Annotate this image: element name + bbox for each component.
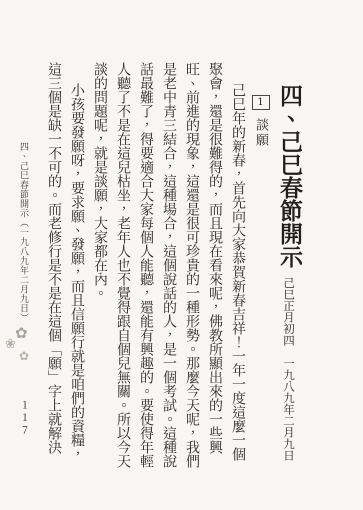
section-heading-text: 談願 — [253, 118, 268, 148]
flower-ornament-icon: ✿ ❀ ✿ — [4, 324, 42, 372]
chapter-title: 四、己巳春節開示 — [276, 84, 303, 268]
running-header: 四、己巳春節開示（一九八九年二月九日） — [17, 142, 30, 327]
body-paragraph-1: 己巳年的新春，首先向大家恭賀新春吉祥！一年一度這麼一個聚會，還是很難得的，而且現… — [88, 62, 249, 470]
page-number: １１７ — [16, 400, 30, 438]
page-content: 四、己巳春節開示己巳正月初四 一九八九年二月九日 1談願 己巳年的新春，首先向大… — [42, 62, 306, 470]
book-page: 四、己巳春節開示己巳正月初四 一九八九年二月九日 1談願 己巳年的新春，首先向大… — [0, 0, 363, 510]
flower-icon: ✿ — [19, 349, 29, 363]
flower-icon: ✿ — [15, 324, 28, 342]
flower-icon: ❀ — [5, 337, 16, 352]
chapter-title-column: 四、己巳春節開示己巳正月初四 一九八九年二月九日 — [272, 62, 306, 470]
section-heading: 1談願 — [249, 62, 272, 470]
chapter-date: 己巳正月初四 一九八九年二月九日 — [282, 277, 296, 461]
section-number-box: 1 — [252, 95, 270, 110]
body-paragraph-2: 小孩要發願呀，要求願、發願，而且信願行就是咱們的資糧，這三個是缺一不可的。而老修… — [42, 62, 88, 470]
